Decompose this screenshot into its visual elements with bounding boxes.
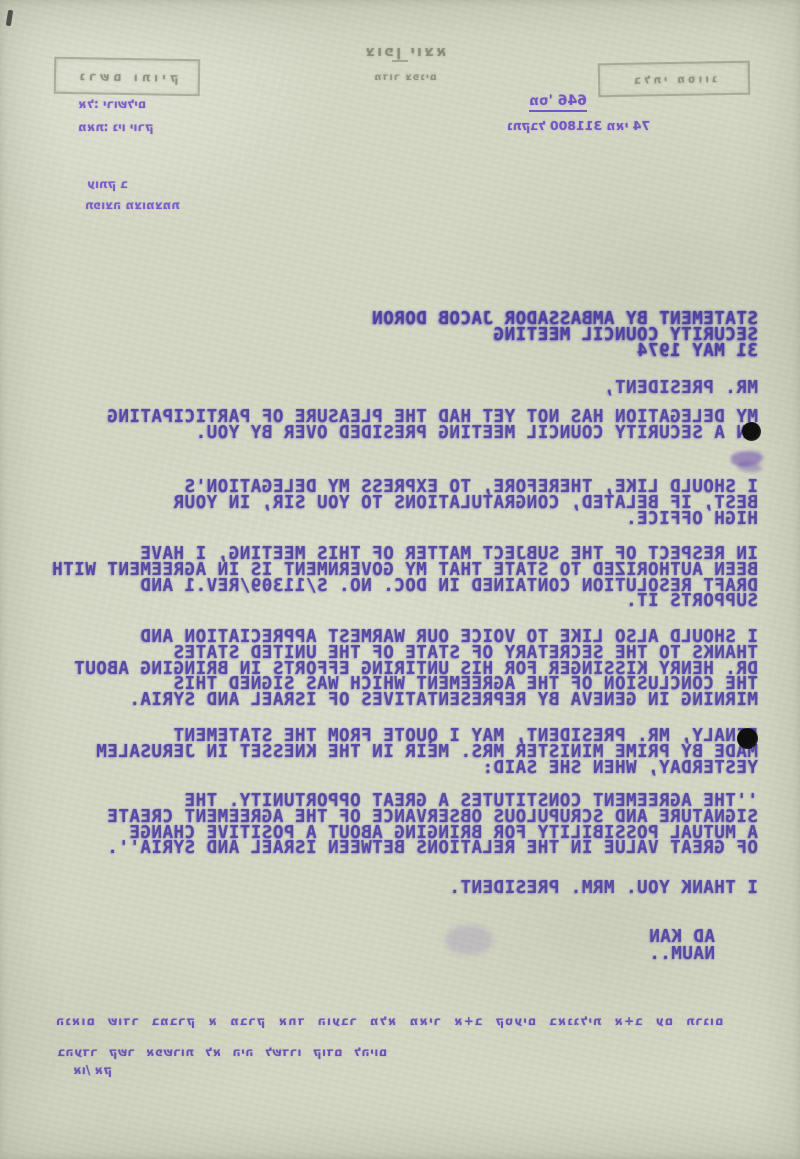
closing-line: I THANK YOU. MRM. PRESIDENT. [449,881,758,897]
sign-off: AD KAN NAUM.. [649,929,715,963]
statement-title: STATEMENT BY AMBASSADOR JACOB DORON SECU… [372,312,758,359]
scanned-telegram-page: נרשם ותויק בלתי מסווג צופן יוצא מדור צפנ… [0,0,800,1159]
cable-number-line: מס' 646 [529,93,587,112]
footer-note-line1: הנאום שודר במברק א מברק אחד הועבר מלא מא… [55,1014,745,1028]
classification-box-stamp-1-label: נרשם ותויק [75,69,178,85]
ink-dot-2 [737,728,758,749]
salutation: MR. PRESIDENT, [603,381,758,397]
routing-line-from: מאת: ניו יורק [78,120,200,134]
paragraph-3: IN RESPECT OF THE SUBJECT MATTER OF THIS… [52,547,758,610]
classification-box-stamp-1: נרשם ותויק [54,57,201,97]
cipher-stamp-divider [392,60,408,62]
copy-line: עותק ב [87,177,167,191]
classification-box-stamp-2: בלתי מסווג [598,61,751,98]
mirrored-scan-content: נרשם ותויק בלתי מסווג צופן יוצא מדור צפנ… [0,0,800,1159]
datetime-line: נתקבל 311800 מאי 74 [507,118,655,133]
cipher-stamp-line2: מדור צפנים [350,72,460,83]
cipher-stamp-line1: צופן יוצא [335,42,475,60]
paragraph-2: I SHOULD LIKE, THEREFORE, TO EXPRESS MY … [173,480,758,527]
footer-note-line2: בהעדר קשר אפשרות לא היה לשדרו קודם להיום [57,1045,410,1059]
classification-box-stamp-2-label: בלתי מסווג [631,72,717,86]
paragraph-1: MY DELEGATION HAS NOT YET HAD THE PLEASU… [107,410,758,442]
footer-initials: או/ אק [73,1063,112,1077]
paragraph-4: I SHOULD ALSO LIKE TO VOICE OUR WARMEST … [74,630,758,709]
stamp-smudge [445,925,493,955]
distribution-line: תפוצה מצומצמת [85,198,222,212]
quote-paragraph: ''THE AGREEMENT CONSTITUTES A GREAT OPPO… [107,794,758,857]
routing-line-to: אל: ירושלים [78,97,200,111]
ink-dot-1 [742,422,761,441]
paragraph-5: FINALY, MR. PRESIDENT, MAY I QUOTE FROM … [96,729,758,776]
